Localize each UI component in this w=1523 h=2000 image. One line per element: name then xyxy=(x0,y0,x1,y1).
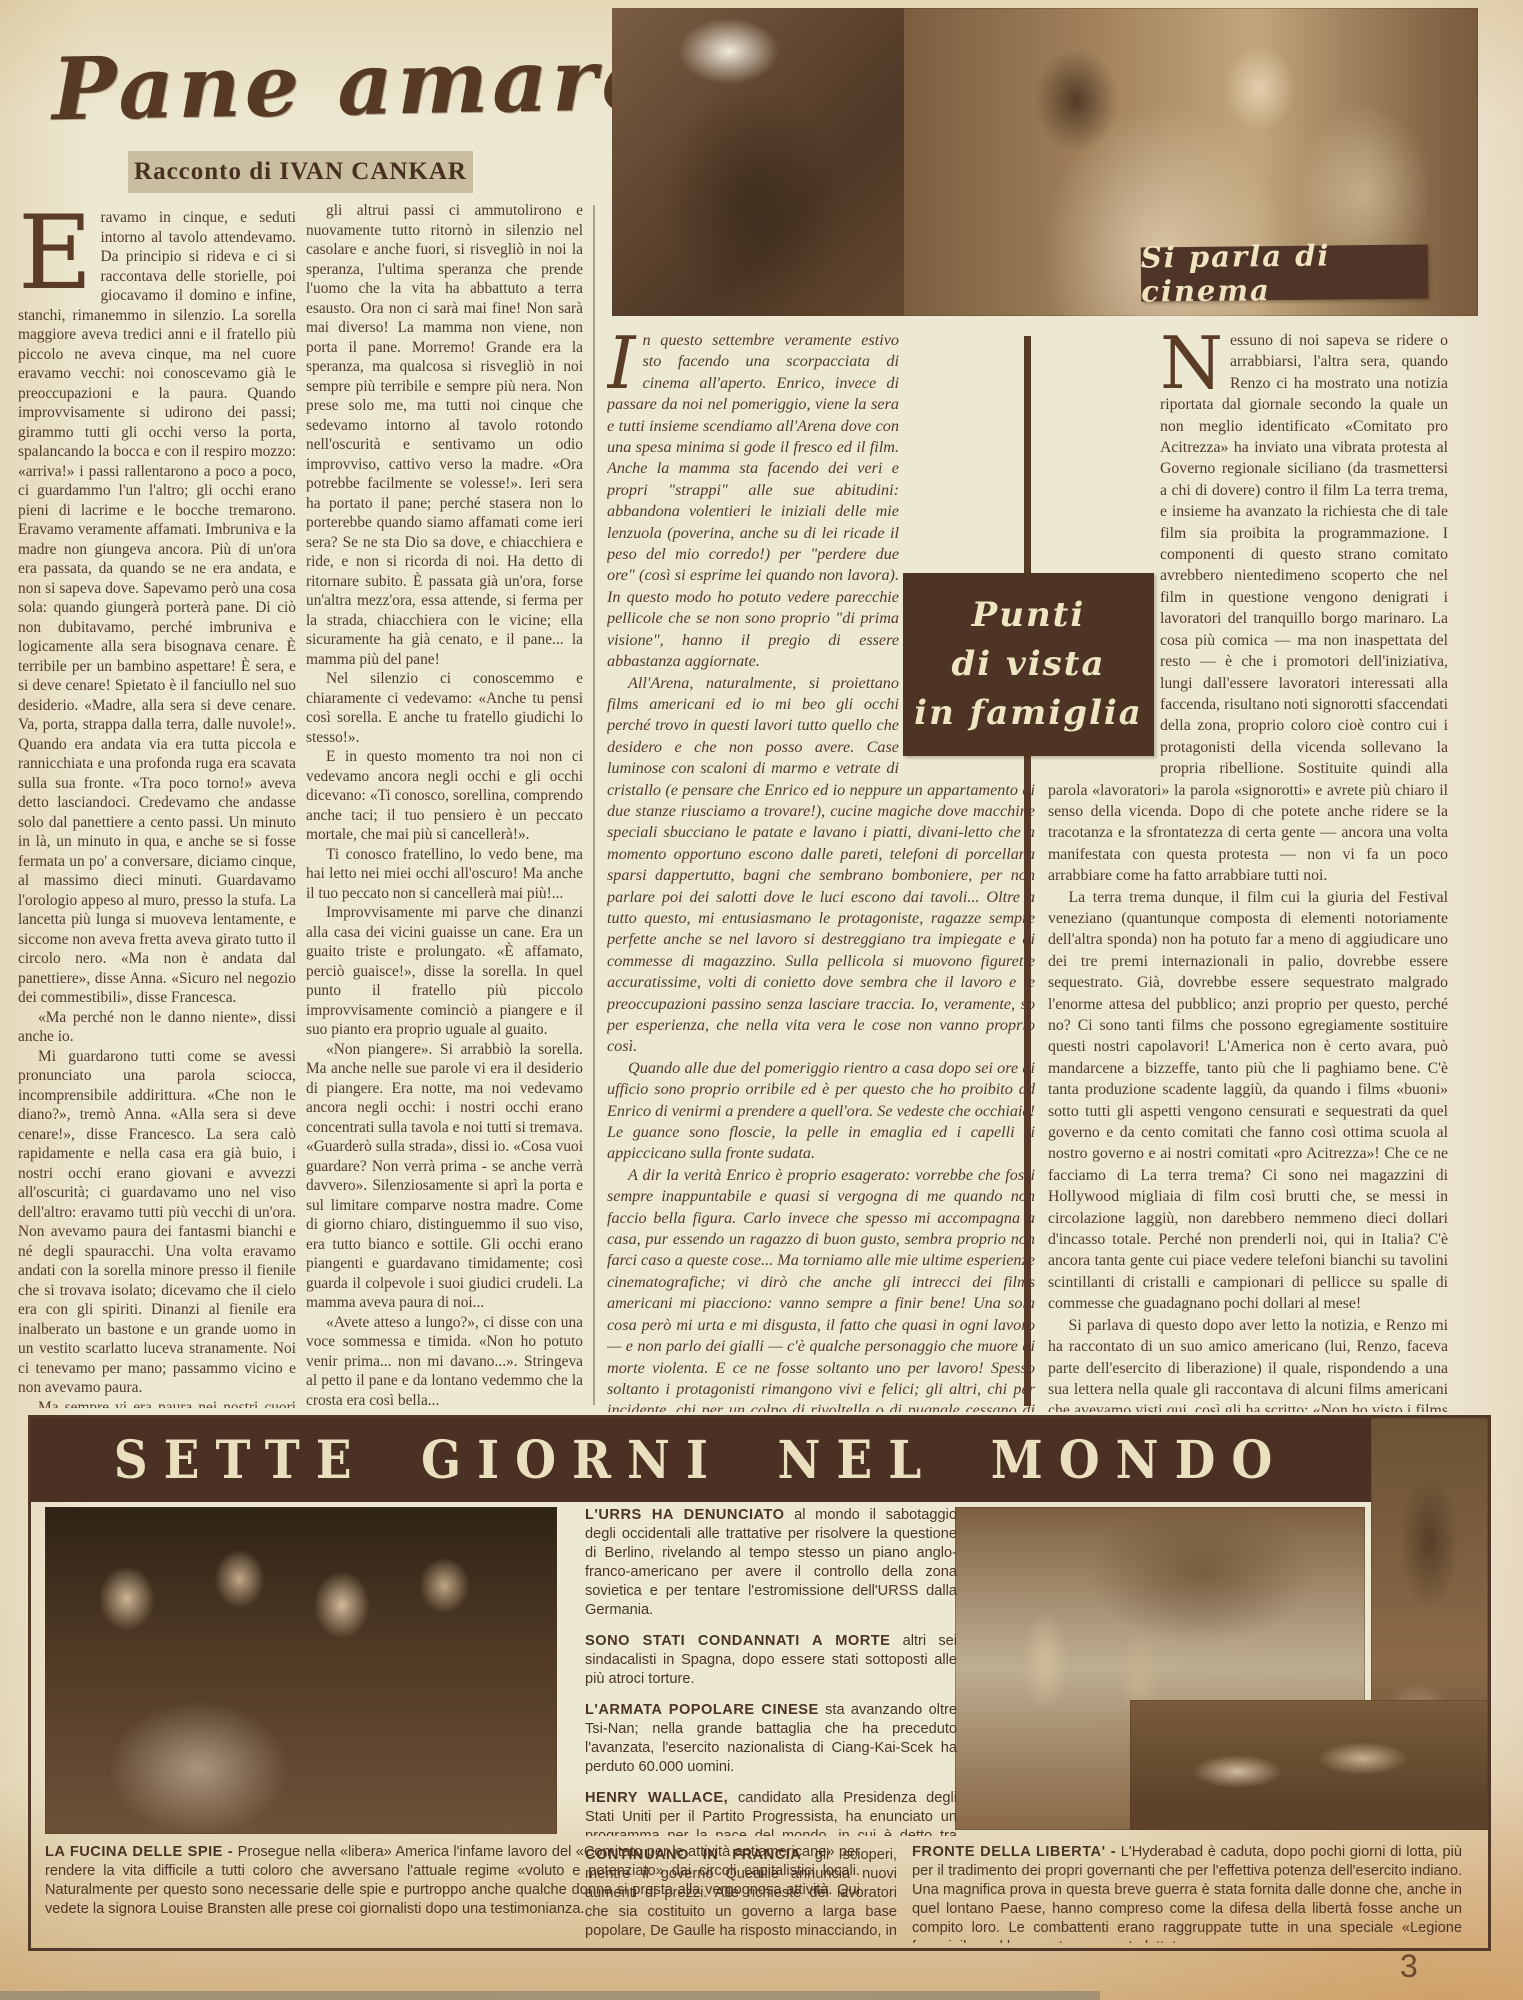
story-paragraph: Eravamo in cinque, e seduti intorno al t… xyxy=(18,208,296,1008)
story-column-2: gli altrui passi ci ammutolirono e nuova… xyxy=(306,201,583,1409)
paragraph: La terra trema dunque, il film cui la gi… xyxy=(1048,887,1448,1315)
news-item: L'URRS HA DENUNCIATO al mondo il sabotag… xyxy=(585,1506,957,1620)
paragraph: Mi guardarono tutti come se avessi pronu… xyxy=(18,1047,296,1398)
world-headline-band: SETTE GIORNI NEL MONDO xyxy=(31,1418,1371,1502)
news-column: L'URRS HA DENUNCIATO al mondo il sabotag… xyxy=(585,1506,957,1836)
letter-caterina-column: Nessuno di noi sapeva se ridere o arrabb… xyxy=(1048,330,1448,1412)
paragraph: «Non piangere». Si arrabbiò la sorella. … xyxy=(306,1040,583,1313)
story-paragraphs: «Ma perché non le danno niente», dissi a… xyxy=(18,1008,296,1409)
dropcap-n: N xyxy=(1160,330,1230,392)
paragraph: Quando alle due del pomeriggio rientro a… xyxy=(607,1058,1035,1165)
cinema-photo-caption: Si parla di cinema xyxy=(1141,237,1429,308)
paragraph: Ti conosco fratellino, lo vedo bene, ma … xyxy=(306,845,583,904)
news-item: L'ARMATA POPOLARE CINESE sta avanzando o… xyxy=(585,1701,957,1777)
paragraph: gli altrui passi ci ammutolirono e nuova… xyxy=(306,201,583,669)
box-line: Punti xyxy=(972,591,1086,640)
box-line: in famiglia xyxy=(914,689,1143,738)
letter-paragraphs: La terra trema dunque, il film cui la gi… xyxy=(1048,887,1448,1412)
paragraph: Si parlava di questo dopo aver letto la … xyxy=(1048,1315,1448,1412)
paragraph: Nel silenzio ci conoscemmo e chiaramente… xyxy=(306,669,583,747)
news-item: HENRY WALLACE, candidato alla Presidenza… xyxy=(585,1789,957,1836)
story-byline: Racconto di IVAN CANKAR xyxy=(134,158,467,186)
photo-caption-right: FRONTE DELLA LIBERTA' - L'Hyderabad è ca… xyxy=(912,1843,1462,1943)
paragraph: Improvvisamente mi parve che dinanzi all… xyxy=(306,903,583,1040)
photo-caption-left: LA FUCINA DELLE SPIE - Prosegue nella «l… xyxy=(45,1843,860,1943)
dropcap-i: I xyxy=(607,330,642,392)
letter-grazia-column: In questo settembre veramente estivo sto… xyxy=(607,330,1035,1412)
news-item: SONO STATI CONDANNATI A MORTE altri sei … xyxy=(585,1632,957,1689)
page-number: 3 xyxy=(1400,1948,1418,1985)
dropcap-e: E xyxy=(18,208,100,296)
box-line: di vista xyxy=(951,640,1105,689)
riflewomen-photo xyxy=(1130,1700,1488,1830)
scan-edge xyxy=(0,1991,1100,2000)
story-column-1: Eravamo in cinque, e seduti intorno al t… xyxy=(18,208,296,1408)
paragraph: Ma sempre vi era paura nei nostri cuori … xyxy=(18,1398,296,1409)
story-paragraphs: gli altrui passi ci ammutolirono e nuova… xyxy=(306,201,583,1409)
page-title: Pane amaro xyxy=(51,29,663,141)
paragraph: A dir la verità Enrico è proprio esagera… xyxy=(607,1165,1035,1412)
column-divider-thin xyxy=(593,205,595,1405)
magazine-page: Pane amaro Racconto di IVAN CANKAR Si pa… xyxy=(0,0,1523,2000)
punti-di-vista-box: Punti di vista in famiglia xyxy=(903,573,1154,756)
paragraph: «Ma perché non le danno niente», dissi a… xyxy=(18,1008,296,1047)
cinema-photo-caption-band: Si parla di cinema xyxy=(1141,244,1429,301)
letter-paragraphs: All'Arena, naturalmente, si proiettano f… xyxy=(607,673,1035,1413)
paragraph: E in questo momento tra noi non ci vedev… xyxy=(306,747,583,845)
paragraph: «Avete atteso a lungo?», ci disse con un… xyxy=(306,1313,583,1410)
story-byline-band: Racconto di IVAN CANKAR xyxy=(128,151,473,193)
spy-hearing-photo xyxy=(45,1507,557,1834)
world-headline: SETTE GIORNI NEL MONDO xyxy=(114,1429,1289,1491)
